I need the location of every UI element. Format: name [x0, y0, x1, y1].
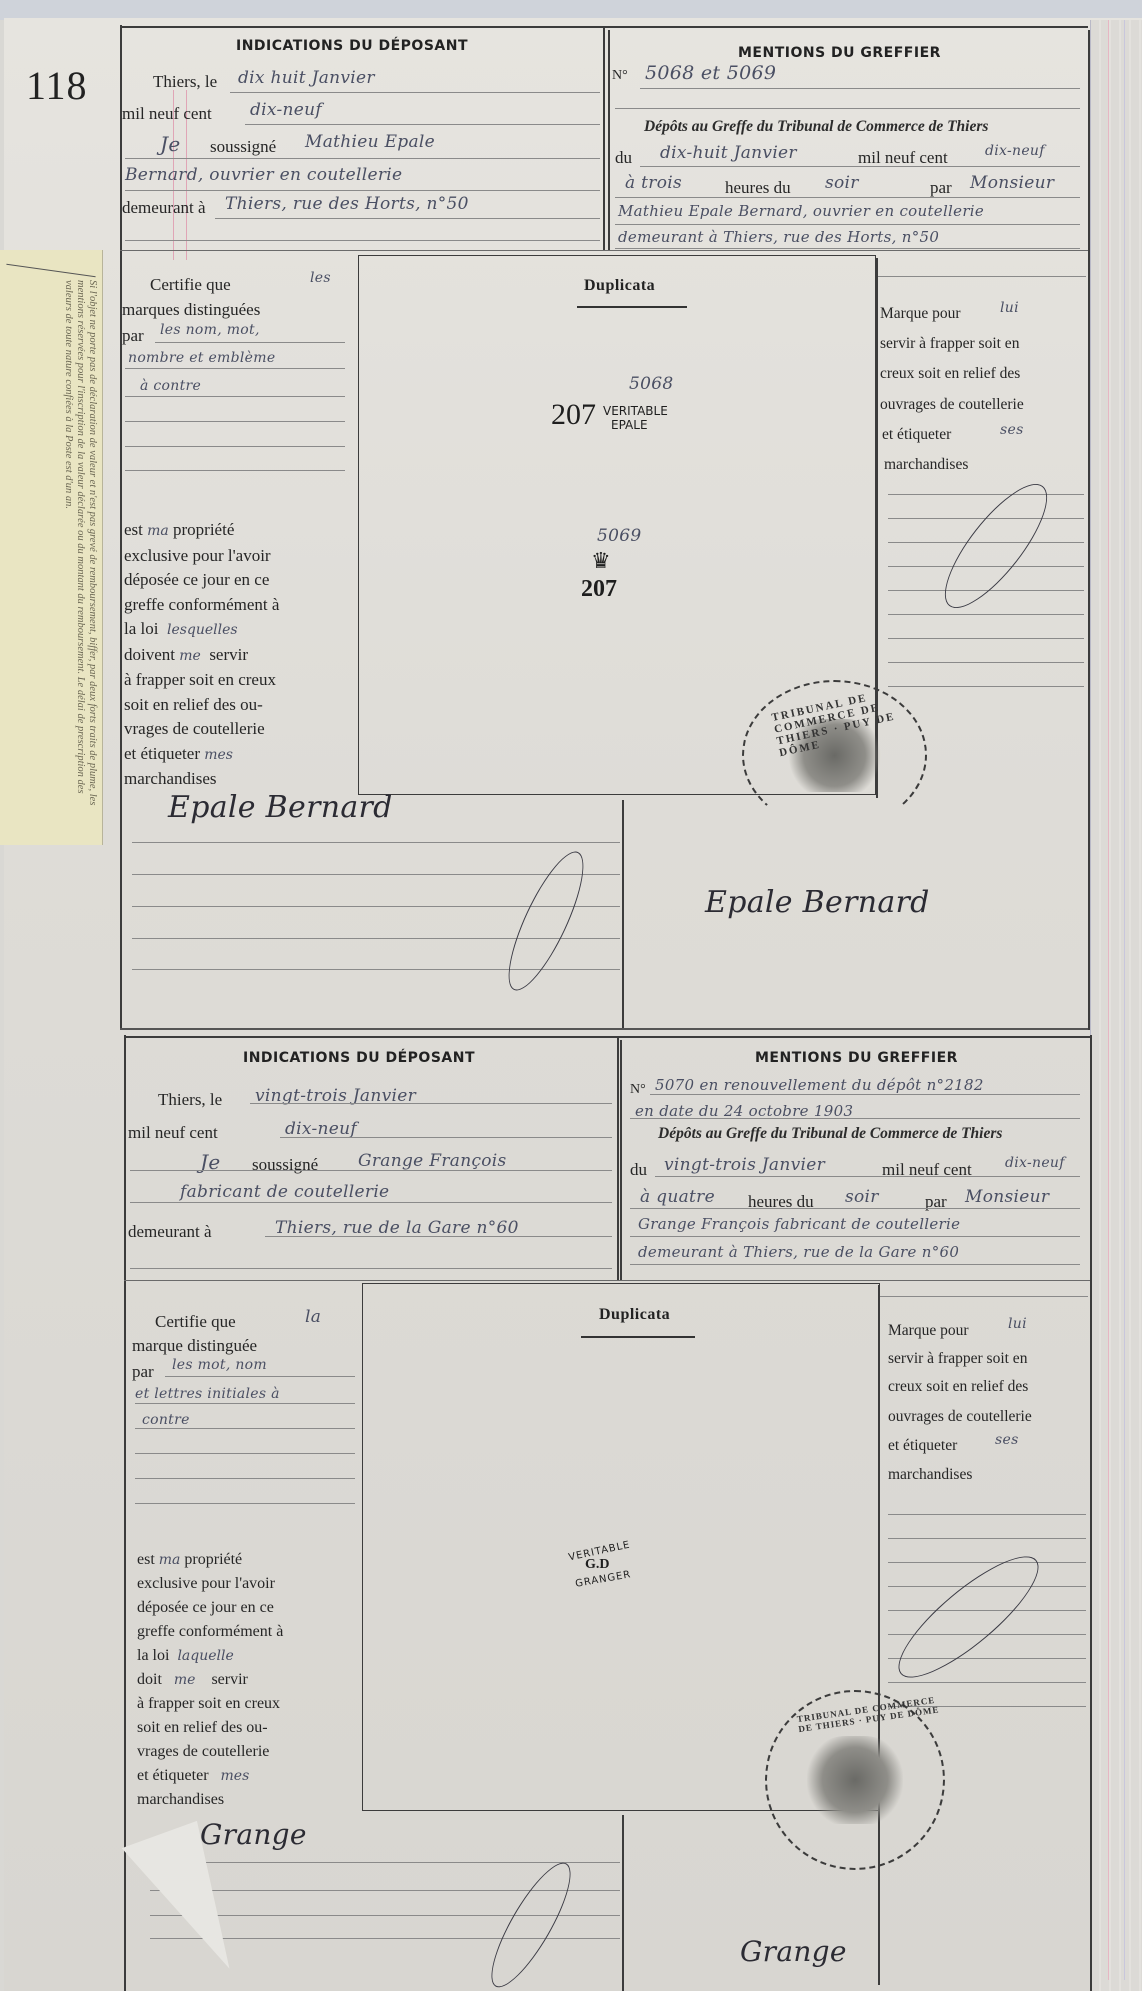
fill-line: [132, 842, 620, 843]
deposit-hour: à trois: [625, 173, 682, 193]
fill-line: [125, 470, 345, 471]
depositor-title: Monsieur: [970, 173, 1054, 193]
pronoun-handwritten: Je: [160, 132, 180, 156]
fill-line: [888, 1514, 1086, 1515]
fill-line: [125, 368, 345, 369]
depots-text: Dépôts au Greffe du Tribunal de Commerce…: [658, 1125, 1002, 1143]
fill-line: [888, 614, 1084, 615]
marchandises-label: marchandises: [884, 456, 968, 474]
marque-line: ouvrages de coutellerie: [888, 1408, 1032, 1426]
record-divider: [120, 1028, 1088, 1030]
article-handwritten: la: [305, 1307, 321, 1327]
par-label: par: [132, 1362, 154, 1382]
fill-line: [230, 92, 600, 93]
possessive-handwritten: ses: [995, 1432, 1019, 1448]
marque-pour-label: Marque pour: [880, 305, 961, 323]
fill-line: [125, 190, 600, 191]
frame-top: [124, 1036, 1090, 1038]
mark-number: 207: [581, 576, 617, 603]
fill-line: [888, 1538, 1086, 1539]
depositor-title: Monsieur: [965, 1187, 1049, 1207]
fill-line: [150, 1862, 620, 1863]
possessive-handwritten: ses: [1000, 422, 1024, 438]
certifie-label: Certifie que: [155, 1312, 236, 1332]
propriete-paragraph: est ma propriété exclusive pour l'avoir …: [124, 518, 352, 792]
mil-label: mil neuf cent: [858, 148, 948, 168]
fill-line: [878, 276, 1086, 277]
tribunal-seal-icon: TRIBUNAL DE COMMERCE DE THIERS · PUY DE …: [765, 1690, 945, 1870]
depositor-signature: Grange: [200, 1818, 307, 1851]
fill-line: [888, 494, 1084, 495]
greffier-title: MENTIONS DU GREFFIER: [755, 1050, 958, 1066]
fill-line: [250, 1103, 612, 1104]
fill-line: [135, 1403, 355, 1404]
certifie-label: Certifie que: [150, 275, 231, 295]
fill-line: [630, 1118, 1080, 1119]
fill-line: [615, 197, 1080, 198]
frame-right: [1088, 30, 1090, 1030]
title-underline: [581, 1336, 695, 1338]
deposit-period: soir: [845, 1187, 879, 1207]
fill-line: [888, 662, 1084, 663]
mil-label: mil neuf cent: [882, 1160, 972, 1180]
slip-text: Si l'objet ne porte pas de déclaration d…: [8, 280, 98, 810]
date-label: Thiers, le: [158, 1090, 222, 1110]
year-label: mil neuf cent: [122, 104, 212, 124]
depots-text: Dépôts au Greffe du Tribunal de Commerce…: [644, 118, 988, 136]
marque-line: ouvrages de coutellerie: [880, 396, 1024, 414]
soussigne-label: soussigné: [210, 137, 276, 157]
depositor-signature: Epale Bernard: [168, 790, 393, 825]
fill-line: [615, 248, 1080, 249]
marque-line: servir à frapper soit en: [880, 335, 1019, 353]
fill-line: [615, 108, 1080, 109]
fill-line: [630, 1236, 1080, 1237]
fill-line: [135, 1428, 355, 1429]
number-label: N°: [612, 68, 628, 84]
date-label: Thiers, le: [153, 72, 217, 92]
deposant-title: INDICATIONS DU DÉPOSANT: [236, 38, 468, 54]
pronoun-handwritten: lui: [1000, 300, 1019, 316]
deposit-date: dix-huit Janvier: [660, 143, 797, 163]
page-edge-stack: [1090, 20, 1142, 1991]
section-divider: [120, 250, 1088, 251]
profession-handwritten: fabricant de coutellerie: [180, 1182, 389, 1202]
fill-line: [880, 1296, 1088, 1297]
frame-right: [1090, 1035, 1092, 1991]
fill-line: [155, 342, 345, 343]
margin-rule: [1124, 20, 1125, 1980]
fill-line: [125, 240, 600, 241]
deposit-hour: à quatre: [640, 1187, 715, 1207]
page-number: 118: [26, 62, 88, 109]
frame-left: [120, 25, 122, 1030]
scan-background: [0, 0, 1142, 20]
column-divider: [622, 800, 624, 1030]
column-divider: [603, 26, 605, 251]
fill-line: [135, 1503, 355, 1504]
mark-text-top: VERITABLE: [603, 404, 668, 418]
depositor-name: Grange François fabricant de coutellerie: [638, 1215, 960, 1233]
section-divider: [124, 1280, 1090, 1281]
year-handwritten: dix-neuf: [285, 1119, 357, 1139]
fill-line: [640, 166, 1080, 167]
mark-type-handwritten: les nom, mot,: [160, 322, 260, 338]
attached-postal-slip: Si l'objet ne porte pas de déclaration d…: [0, 250, 103, 845]
par-label: par: [925, 1192, 947, 1212]
heures-label: heures du: [725, 178, 791, 198]
fill-line: [615, 224, 1080, 225]
mark-initials: G.D: [585, 1557, 610, 1573]
fill-line: [888, 1562, 1086, 1563]
soussigne-label: soussigné: [252, 1155, 318, 1175]
du-label: du: [630, 1160, 647, 1180]
duplicata-title: Duplicata: [599, 1306, 670, 1324]
depositor-name: Mathieu Epale Bernard, ouvrier en coutel…: [618, 202, 984, 220]
column-divider: [620, 1040, 622, 1280]
year-handwritten: dix-neuf: [250, 100, 322, 120]
fill-line: [650, 1094, 1080, 1095]
fill-line: [640, 88, 1080, 89]
date-handwritten: dix huit Janvier: [238, 68, 375, 88]
du-label: du: [615, 148, 632, 168]
fill-line: [630, 1208, 1080, 1209]
tribunal-seal-icon: TRIBUNAL DE COMMERCE DE THIERS · PUY DE …: [742, 680, 927, 830]
deposant-title: INDICATIONS DU DÉPOSANT: [243, 1050, 475, 1066]
marque-line: servir à frapper soit en: [888, 1350, 1027, 1368]
column-divider: [608, 30, 610, 250]
profession-handwritten: Bernard, ouvrier en coutellerie: [125, 165, 402, 185]
article-handwritten: les: [310, 270, 331, 286]
fill-line: [215, 218, 600, 219]
fill-line: [630, 1264, 1080, 1265]
mark-type-handwritten-2: nombre et emblème: [128, 350, 275, 366]
mark-number: 207: [551, 398, 596, 432]
marchandises-label: marchandises: [888, 1466, 972, 1484]
heures-label: heures du: [748, 1192, 814, 1212]
deposit-numbers: 5070 en renouvellement du dépôt n°2182: [655, 1076, 984, 1094]
depositor-signature-copy: Grange: [740, 1935, 847, 1968]
fill-line: [165, 1376, 355, 1377]
column-divider: [617, 1036, 619, 1281]
address-label: demeurant à: [122, 198, 206, 218]
par-label: par: [930, 178, 952, 198]
mark-type-handwritten-2: et lettres initiales à: [135, 1386, 280, 1402]
mark-type-handwritten-3: à contre: [140, 378, 201, 394]
depositor-address: demeurant à Thiers, rue des Horts, n°50: [618, 228, 939, 246]
fill-line: [130, 1202, 612, 1203]
fill-line: [245, 124, 600, 125]
deposit-date: vingt-trois Janvier: [664, 1155, 825, 1175]
mark-number-handwritten: 5069: [597, 526, 641, 546]
fill-line: [280, 1137, 612, 1138]
fill-line: [135, 1453, 355, 1454]
fill-line: [125, 396, 345, 397]
name-handwritten: Grange François: [358, 1151, 507, 1171]
mark-type-handwritten-3: contre: [142, 1412, 190, 1428]
etiqueter-label: et étiqueter: [882, 426, 951, 444]
fill-line: [125, 446, 345, 447]
fill-line: [130, 1170, 612, 1171]
fill-line: [265, 1236, 612, 1237]
etiqueter-label: et étiqueter: [888, 1437, 957, 1455]
mark-number-handwritten: 5068: [629, 374, 673, 394]
crown-icon: ♛: [591, 548, 611, 574]
marque-line: creux soit en relief des: [880, 365, 1020, 383]
marque-pour-label: Marque pour: [888, 1322, 969, 1340]
column-divider: [622, 1815, 624, 1991]
title-underline: [577, 306, 687, 308]
deposit-numbers: 5068 et 5069: [645, 62, 776, 84]
seal-emblem: [807, 1736, 904, 1824]
deposit-period: soir: [825, 173, 859, 193]
marque-line: creux soit en relief des: [888, 1378, 1028, 1396]
mark-text-bottom: EPALE: [611, 418, 648, 432]
name-handwritten: Mathieu Epale: [305, 132, 435, 152]
depositor-address: demeurant à Thiers, rue de la Gare n°60: [638, 1243, 959, 1261]
fill-line: [132, 969, 620, 970]
greffier-title: MENTIONS DU GREFFIER: [738, 45, 941, 61]
year-label: mil neuf cent: [128, 1123, 218, 1143]
fill-line: [125, 158, 600, 159]
seal-text: TRIBUNAL DE COMMERCE DE THIERS · PUY DE …: [796, 1694, 943, 1734]
margin-rule: [1108, 20, 1109, 1980]
duplicata-title: Duplicata: [584, 277, 655, 295]
fill-line: [888, 638, 1084, 639]
depositor-signature-copy: Epale Bernard: [705, 885, 930, 920]
slip-rule: [6, 264, 95, 278]
fill-line: [130, 1268, 612, 1269]
number-label: N°: [630, 1082, 646, 1098]
address-handwritten: Thiers, rue de la Gare n°60: [275, 1218, 519, 1238]
fill-line: [135, 1478, 355, 1479]
marques-label: marque distinguée: [132, 1336, 257, 1356]
pronoun-handwritten: lui: [1008, 1316, 1027, 1332]
deposit-year: dix-neuf: [985, 143, 1045, 159]
column-divider: [878, 1285, 880, 1985]
marques-label: marques distinguées: [122, 300, 260, 320]
fill-line: [655, 1176, 1080, 1177]
par-label: par: [122, 326, 144, 346]
fill-line: [125, 421, 345, 422]
deposit-year: dix-neuf: [1005, 1155, 1065, 1171]
address-handwritten: Thiers, rue des Horts, n°50: [225, 194, 469, 214]
propriete-paragraph: est ma propriété exclusive pour l'avoir …: [137, 1548, 359, 1812]
fill-line: [888, 1682, 1086, 1683]
address-label: demeurant à: [128, 1222, 212, 1242]
mark-type-handwritten: les mot, nom: [172, 1357, 267, 1373]
